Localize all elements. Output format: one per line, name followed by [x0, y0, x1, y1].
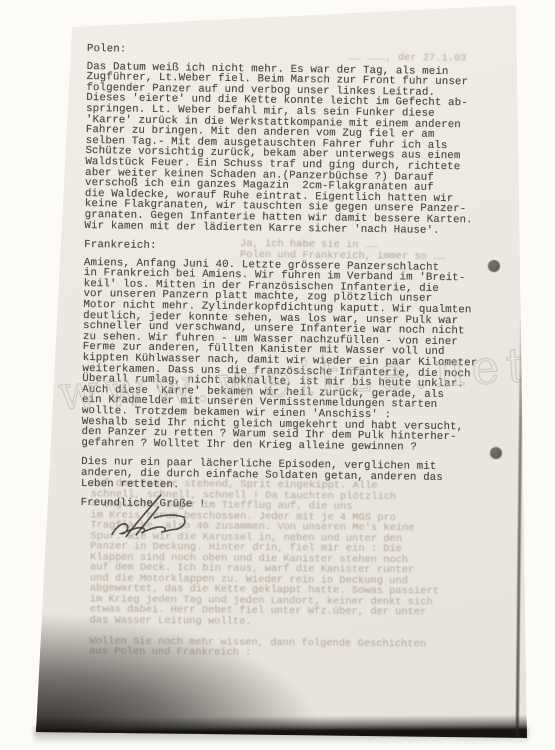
letter-page: …… ………, der 27.1.03 Ja, ich habe sie in … [0, 0, 555, 750]
handwritten-signature [96, 484, 197, 541]
binder-dot-bottom [490, 447, 502, 459]
hole-punch-top [37, 278, 51, 292]
letter-body: Polen: Das Datum weiß ich nicht mehr. Es… [81, 44, 519, 515]
section-heading-frankreich: Frankreich: [84, 240, 516, 257]
section-heading-polen: Polen: [87, 44, 519, 61]
scanned-letter-photo: …… ………, der 27.1.03 Ja, ich habe sie in … [0, 0, 555, 750]
section-polen-text: Das Datum weiß ich nicht mehr. Es war de… [84, 62, 518, 238]
hole-punch-bottom [36, 456, 50, 470]
binder-dot-top [488, 260, 500, 272]
